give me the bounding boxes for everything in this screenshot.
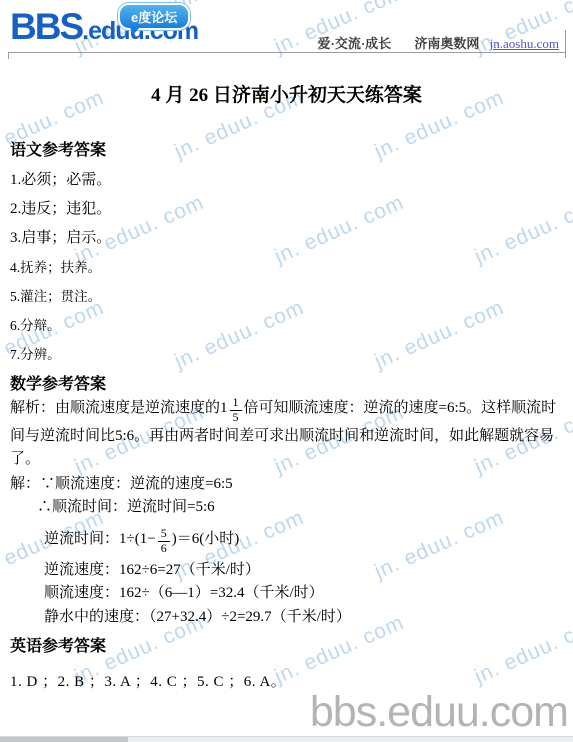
chinese-answer-item: 4.抚养；扶养。 bbox=[10, 253, 563, 282]
chinese-answer-item: 7.分辨。 bbox=[10, 340, 563, 369]
forum-badge[interactable]: e度论坛 bbox=[118, 3, 190, 30]
bottom-scrollbar bbox=[0, 736, 573, 742]
solution-line-because: 解：∵顺流速度：逆流的速度=6:5 bbox=[10, 473, 563, 496]
solution-line-still-water-speed: 静水中的速度：（27+32.4）÷2=29.7（千米/时） bbox=[10, 606, 563, 630]
fraction: 56 bbox=[158, 527, 170, 556]
page-title: 4 月 26 日济南小升初天天练答案 bbox=[10, 80, 563, 107]
badge-tail-icon bbox=[130, 27, 140, 35]
solution-line-downstream-speed: 顺流速度：162÷（6—1）=32.4（千米/时） bbox=[10, 582, 563, 606]
forum-badge-label: e度论坛 bbox=[131, 10, 177, 25]
chinese-answer-item: 3.启事；启示。 bbox=[10, 224, 563, 253]
math-solution-block: 解：∵顺流速度：逆流的速度=6:5 ∴顺流时间：逆流时间=5:6 逆流时间：1÷… bbox=[10, 473, 563, 630]
solution-line-upstream-time: 逆流时间：1÷(1−56)＝6(小时) bbox=[10, 519, 563, 559]
page-root: bbs.eduu.com jn. eduu. comjn. eduu. comj… bbox=[0, 0, 573, 742]
watermark-big: bbs.eduu.com bbox=[310, 688, 568, 737]
chinese-answer-item: 5.灌注；贯注。 bbox=[10, 282, 563, 311]
header-divider-left-tick bbox=[8, 52, 9, 59]
english-answers-line: 1. D ；2. B ；3. A ；4. C ；5. C ；6. A。 bbox=[10, 672, 563, 692]
header-divider-right-tick bbox=[565, 30, 566, 58]
math-answers-section: 数学参考答案 解析：由顺流速度是逆流速度的115倍可知顺流速度：逆流的速度=6:… bbox=[10, 371, 563, 629]
english-answers-section: 英语参考答案 1. D ；2. B ；3. A ；4. C ；5. C ；6. … bbox=[10, 633, 563, 692]
section-heading-math: 数学参考答案 bbox=[10, 371, 563, 394]
mixed-number-whole: 1 bbox=[220, 400, 228, 416]
math-analysis-paragraph: 解析：由顺流速度是逆流速度的115倍可知顺流速度：逆流的速度=6:5。这样顺流时… bbox=[10, 396, 563, 471]
header-tagline: 爱·交流·成长 bbox=[317, 36, 391, 51]
solution-label: 解： bbox=[10, 476, 40, 492]
scrollbar-thumb[interactable] bbox=[0, 737, 128, 742]
logo-bbs-text: BBS bbox=[10, 6, 82, 47]
fraction-denominator: 5 bbox=[230, 411, 242, 425]
fraction-denominator: 6 bbox=[158, 542, 170, 556]
site-header: BBS.eduu.com e度论坛 爱·交流·成长 济南奥数网 jn.aoshu… bbox=[0, 0, 573, 53]
fraction-numerator: 5 bbox=[158, 527, 170, 542]
header-divider bbox=[8, 52, 566, 53]
chinese-answer-item: 1.必须；必需。 bbox=[10, 166, 563, 195]
section-heading-chinese: 语文参考答案 bbox=[10, 137, 563, 160]
analysis-label: 解析： bbox=[10, 400, 55, 416]
chinese-answers-list: 1.必须；必需。 2.违反；违犯。 3.启事；启示。 4.抚养；扶养。 5.灌注… bbox=[10, 166, 563, 369]
solution-line-therefore: ∴顺流时间：逆流时间=5:6 bbox=[10, 496, 563, 519]
fraction: 15 bbox=[230, 396, 242, 425]
header-right: 爱·交流·成长 济南奥数网 jn.aoshu.com bbox=[317, 33, 559, 52]
header-site-name: 济南奥数网 bbox=[414, 36, 479, 51]
solution-line-upstream-speed: 逆流速度：162÷6=27（千米/时） bbox=[10, 559, 563, 583]
chinese-answers-section: 语文参考答案 1.必须；必需。 2.违反；违犯。 3.启事；启示。 4.抚养；扶… bbox=[10, 137, 563, 369]
equation-label: 逆流时间： bbox=[44, 531, 119, 547]
header-site-link[interactable]: jn.aoshu.com bbox=[490, 36, 559, 51]
analysis-pre-text: 由顺流速度是逆流速度的 bbox=[55, 400, 220, 416]
fraction-numerator: 1 bbox=[230, 396, 242, 411]
chinese-answer-item: 2.违反；违犯。 bbox=[10, 195, 563, 224]
chinese-answer-item: 6.分辩。 bbox=[10, 311, 563, 340]
document-body: 4 月 26 日济南小升初天天练答案 语文参考答案 1.必须；必需。 2.违反；… bbox=[0, 53, 573, 692]
section-heading-english: 英语参考答案 bbox=[10, 633, 563, 656]
